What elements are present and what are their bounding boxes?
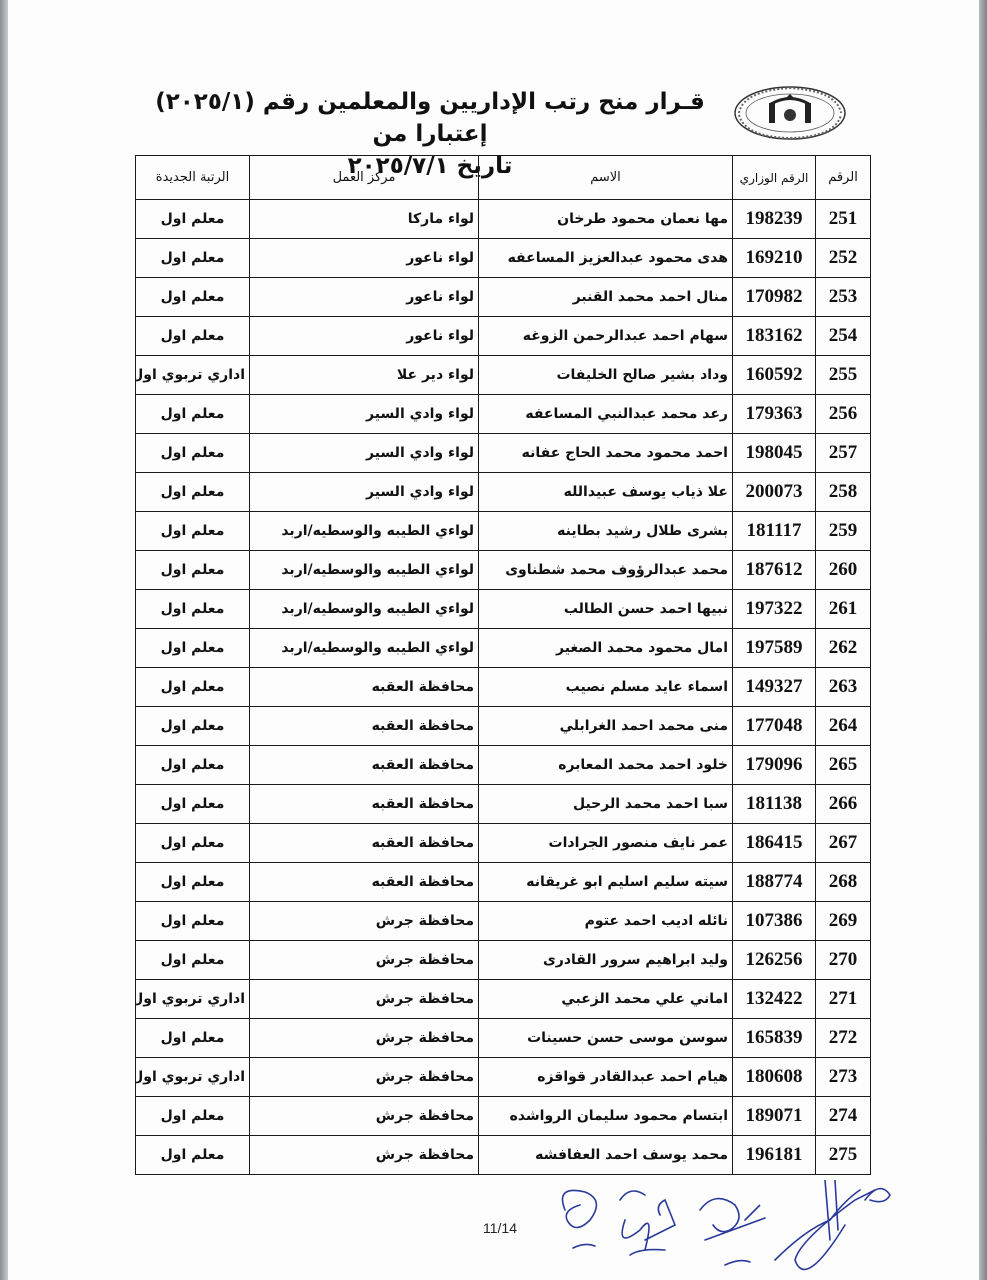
ministry-id: 179096 <box>733 746 816 785</box>
ministry-id: 183162 <box>733 317 816 356</box>
table-row: 260187612محمد عبدالرؤوف محمد شطناوىلواءي… <box>136 551 871 590</box>
new-rank: معلم اول <box>136 863 250 902</box>
table-row: 269107386نائله اديب احمد عتوممحافظة جرشم… <box>136 902 871 941</box>
work-center: محافظة جرش <box>250 1058 479 1097</box>
employee-name: احمد محمود محمد الحاج عفانه <box>479 434 733 473</box>
work-center: لواء ناعور <box>250 317 479 356</box>
employee-name: وليد ابراهيم سرور القادرى <box>479 941 733 980</box>
row-number: 259 <box>816 512 871 551</box>
new-rank: معلم اول <box>136 434 250 473</box>
work-center: محافظة العقبه <box>250 863 479 902</box>
work-center: لواءي الطيبه والوسطيه/اربد <box>250 551 479 590</box>
ministry-id: 181117 <box>733 512 816 551</box>
table-row: 254183162سهام احمد عبدالرحمن الزوغهلواء … <box>136 317 871 356</box>
employee-name: امال محمود محمد الصغير <box>479 629 733 668</box>
header-no: الرقم <box>816 156 871 200</box>
row-number: 265 <box>816 746 871 785</box>
table-row: 268188774سيته سليم اسليم ابو غريقانهمحاف… <box>136 863 871 902</box>
work-center: محافظة جرش <box>250 902 479 941</box>
employee-name: منى محمد احمد الغرابلي <box>479 707 733 746</box>
table-row: 251198239مها نعمان محمود طرخانلواء ماركا… <box>136 200 871 239</box>
work-center: محافظة جرش <box>250 941 479 980</box>
work-center: لواء ناعور <box>250 278 479 317</box>
row-number: 272 <box>816 1019 871 1058</box>
table-row: 263149327اسماء عايد مسلم نصيبمحافظة العق… <box>136 668 871 707</box>
work-center: لواءي الطيبه والوسطيه/اربد <box>250 629 479 668</box>
row-number: 258 <box>816 473 871 512</box>
employee-name: اسماء عايد مسلم نصيب <box>479 668 733 707</box>
table-row: 266181138سبا احمد محمد الرحيلمحافظة العق… <box>136 785 871 824</box>
employee-name: خلود احمد محمد المعابره <box>479 746 733 785</box>
row-number: 275 <box>816 1136 871 1175</box>
ministry-id: 177048 <box>733 707 816 746</box>
work-center: محافظة العقبه <box>250 785 479 824</box>
row-number: 256 <box>816 395 871 434</box>
employee-name: ابتسام محمود سليمان الرواشده <box>479 1097 733 1136</box>
table-row: 257198045احمد محمود محمد الحاج عفانهلواء… <box>136 434 871 473</box>
work-center: لواء وادي السير <box>250 473 479 512</box>
employee-name: بشرى طلال رشيد بطاينه <box>479 512 733 551</box>
row-number: 255 <box>816 356 871 395</box>
ministry-id: 198239 <box>733 200 816 239</box>
table-row: 258200073علا ذياب يوسف عبيداللهلواء وادي… <box>136 473 871 512</box>
row-number: 252 <box>816 239 871 278</box>
employee-name: سبا احمد محمد الرحيل <box>479 785 733 824</box>
row-number: 271 <box>816 980 871 1019</box>
ministry-id: 196181 <box>733 1136 816 1175</box>
new-rank: معلم اول <box>136 395 250 434</box>
title-line-1: قـرار منح رتب الإداريين والمعلمين رقم (٢… <box>140 86 720 150</box>
new-rank: معلم اول <box>136 317 250 356</box>
header-work-center: مركز العمل <box>250 156 479 200</box>
new-rank: معلم اول <box>136 239 250 278</box>
table-row: 262197589امال محمود محمد الصغيرلواءي الط… <box>136 629 871 668</box>
new-rank: معلم اول <box>136 1019 250 1058</box>
table-header-row: الرقم الرقم الوزاري الاسم مركز العمل الر… <box>136 156 871 200</box>
work-center: لواء دير علا <box>250 356 479 395</box>
work-center: محافظة جرش <box>250 1136 479 1175</box>
new-rank: معلم اول <box>136 551 250 590</box>
employee-name: رعد محمد عبدالنبي المساعفه <box>479 395 733 434</box>
row-number: 270 <box>816 941 871 980</box>
work-center: لواء وادي السير <box>250 395 479 434</box>
row-number: 266 <box>816 785 871 824</box>
ministry-id: 170982 <box>733 278 816 317</box>
row-number: 267 <box>816 824 871 863</box>
ministry-emblem-icon <box>733 85 848 141</box>
employee-name: مها نعمان محمود طرخان <box>479 200 733 239</box>
work-center: محافظة العقبه <box>250 668 479 707</box>
ministry-id: 149327 <box>733 668 816 707</box>
table-row: 264177048منى محمد احمد الغرابليمحافظة ال… <box>136 707 871 746</box>
table-row: 255160592وداد بشير صالح الخليفاتلواء دير… <box>136 356 871 395</box>
new-rank: معلم اول <box>136 941 250 980</box>
work-center: لواء ماركا <box>250 200 479 239</box>
employee-name: اماني علي محمد الزعبي <box>479 980 733 1019</box>
ministry-id: 200073 <box>733 473 816 512</box>
table-row: 259181117بشرى طلال رشيد بطاينهلواءي الطي… <box>136 512 871 551</box>
table-row: 265179096خلود احمد محمد المعابرهمحافظة ا… <box>136 746 871 785</box>
ministry-id: 169210 <box>733 239 816 278</box>
work-center: لواءي الطيبه والوسطيه/اربد <box>250 512 479 551</box>
new-rank: اداري تربوي اول <box>136 1058 250 1097</box>
signatures-icon <box>545 1180 965 1280</box>
new-rank: معلم اول <box>136 746 250 785</box>
ministry-id: 126256 <box>733 941 816 980</box>
new-rank: معلم اول <box>136 512 250 551</box>
table-row: 274189071ابتسام محمود سليمان الرواشدهمحا… <box>136 1097 871 1136</box>
row-number: 274 <box>816 1097 871 1136</box>
work-center: محافظة جرش <box>250 980 479 1019</box>
table-row: 261197322نبيها احمد حسن الطالبلواءي الطي… <box>136 590 871 629</box>
new-rank: معلم اول <box>136 278 250 317</box>
new-rank: معلم اول <box>136 668 250 707</box>
promotions-table: الرقم الرقم الوزاري الاسم مركز العمل الر… <box>135 155 871 1175</box>
row-number: 260 <box>816 551 871 590</box>
ministry-id: 179363 <box>733 395 816 434</box>
row-number: 251 <box>816 200 871 239</box>
ministry-id: 189071 <box>733 1097 816 1136</box>
table-row: 270126256وليد ابراهيم سرور القادرىمحافظة… <box>136 941 871 980</box>
ministry-id: 188774 <box>733 863 816 902</box>
ministry-id: 107386 <box>733 902 816 941</box>
row-number: 257 <box>816 434 871 473</box>
new-rank: معلم اول <box>136 1097 250 1136</box>
table-row: 273180608هيام احمد عبدالقادر قواقزهمحافظ… <box>136 1058 871 1097</box>
row-number: 262 <box>816 629 871 668</box>
table-row: 256179363رعد محمد عبدالنبي المساعفهلواء … <box>136 395 871 434</box>
table-row: 271132422اماني علي محمد الزعبيمحافظة جرش… <box>136 980 871 1019</box>
table-row: 275196181محمد يوسف احمد العفافشهمحافظة ج… <box>136 1136 871 1175</box>
row-number: 273 <box>816 1058 871 1097</box>
ministry-id: 186415 <box>733 824 816 863</box>
new-rank: معلم اول <box>136 473 250 512</box>
scan-edge-left <box>0 0 8 1280</box>
new-rank: معلم اول <box>136 824 250 863</box>
employee-name: عمر نايف منصور الجرادات <box>479 824 733 863</box>
work-center: محافظة جرش <box>250 1019 479 1058</box>
ministry-id: 132422 <box>733 980 816 1019</box>
employee-name: وداد بشير صالح الخليفات <box>479 356 733 395</box>
work-center: لواء ناعور <box>250 239 479 278</box>
table-row: 272165839سوسن موسى حسن حسيناتمحافظة جرشم… <box>136 1019 871 1058</box>
ministry-id: 197589 <box>733 629 816 668</box>
header-new-rank: الرتبة الجديدة <box>136 156 250 200</box>
employee-name: هدى محمود عبدالعزيز المساعفه <box>479 239 733 278</box>
employee-name: منال احمد محمد القنبر <box>479 278 733 317</box>
work-center: محافظة العقبه <box>250 746 479 785</box>
new-rank: اداري تربوي اول <box>136 980 250 1019</box>
work-center: لواءي الطيبه والوسطيه/اربد <box>250 590 479 629</box>
new-rank: اداري تربوي اول <box>136 356 250 395</box>
ministry-id: 180608 <box>733 1058 816 1097</box>
employee-name: سهام احمد عبدالرحمن الزوغه <box>479 317 733 356</box>
new-rank: معلم اول <box>136 590 250 629</box>
new-rank: معلم اول <box>136 200 250 239</box>
work-center: محافظة العقبه <box>250 824 479 863</box>
header-name: الاسم <box>479 156 733 200</box>
row-number: 264 <box>816 707 871 746</box>
ministry-id: 160592 <box>733 356 816 395</box>
row-number: 261 <box>816 590 871 629</box>
row-number: 253 <box>816 278 871 317</box>
row-number: 263 <box>816 668 871 707</box>
employee-name: هيام احمد عبدالقادر قواقزه <box>479 1058 733 1097</box>
row-number: 269 <box>816 902 871 941</box>
new-rank: معلم اول <box>136 629 250 668</box>
row-number: 254 <box>816 317 871 356</box>
new-rank: معلم اول <box>136 1136 250 1175</box>
table-row: 267186415عمر نايف منصور الجراداتمحافظة ا… <box>136 824 871 863</box>
work-center: محافظة العقبه <box>250 707 479 746</box>
new-rank: معلم اول <box>136 785 250 824</box>
scan-edge-right <box>979 0 987 1280</box>
employee-name: محمد يوسف احمد العفافشه <box>479 1136 733 1175</box>
ministry-id: 165839 <box>733 1019 816 1058</box>
ministry-id: 187612 <box>733 551 816 590</box>
row-number: 268 <box>816 863 871 902</box>
table-row: 253170982منال احمد محمد القنبرلواء ناعور… <box>136 278 871 317</box>
employee-name: علا ذياب يوسف عبيدالله <box>479 473 733 512</box>
table-body: 251198239مها نعمان محمود طرخانلواء ماركا… <box>136 200 871 1175</box>
work-center: لواء وادي السير <box>250 434 479 473</box>
employee-name: نائله اديب احمد عتوم <box>479 902 733 941</box>
table-row: 252169210هدى محمود عبدالعزيز المساعفهلوا… <box>136 239 871 278</box>
header-ministry-id: الرقم الوزاري <box>733 156 816 200</box>
new-rank: معلم اول <box>136 902 250 941</box>
employee-name: سوسن موسى حسن حسينات <box>479 1019 733 1058</box>
employee-name: محمد عبدالرؤوف محمد شطناوى <box>479 551 733 590</box>
ministry-id: 197322 <box>733 590 816 629</box>
new-rank: معلم اول <box>136 707 250 746</box>
page-number: 11/14 <box>483 1220 517 1236</box>
employee-name: نبيها احمد حسن الطالب <box>479 590 733 629</box>
employee-name: سيته سليم اسليم ابو غريقانه <box>479 863 733 902</box>
work-center: محافظة جرش <box>250 1097 479 1136</box>
ministry-id: 198045 <box>733 434 816 473</box>
ministry-id: 181138 <box>733 785 816 824</box>
